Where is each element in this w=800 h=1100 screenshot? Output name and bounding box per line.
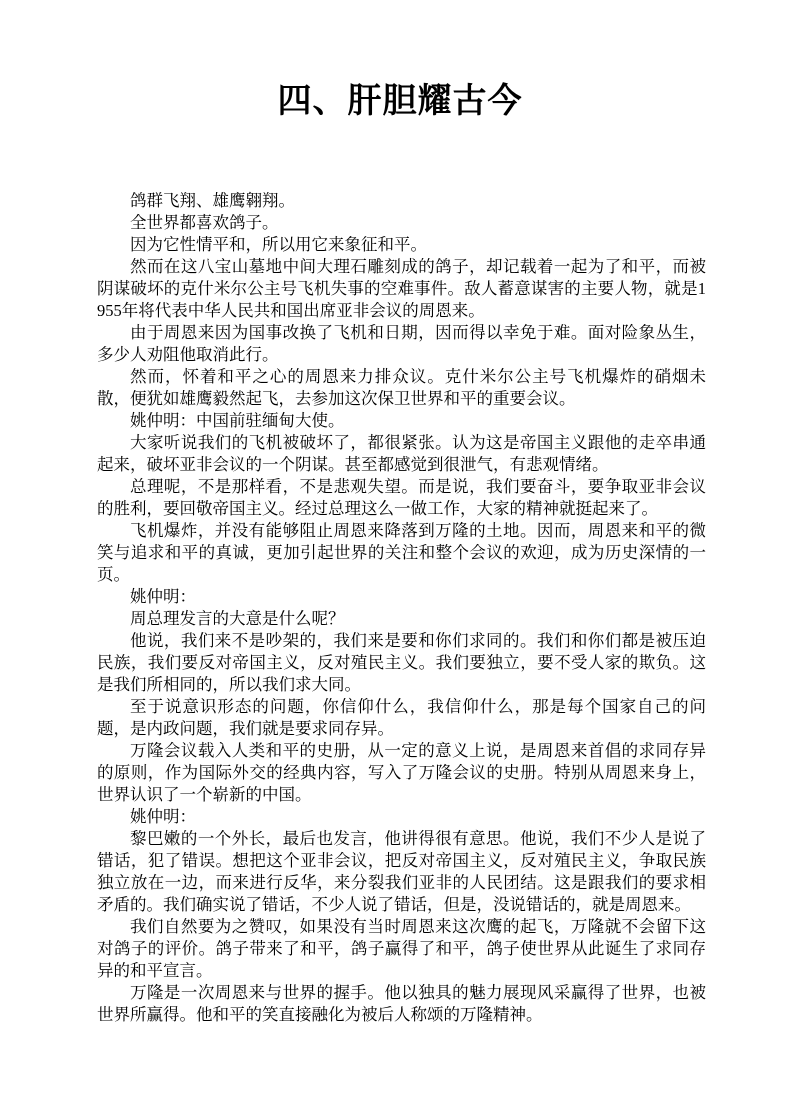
paragraph: 大家听说我们的飞机被破坏了，都很紧张。认为这是帝国主义跟他的走卒串通起来，破坏亚…	[97, 432, 706, 476]
paragraph: 由于周恩来因为国事改换了飞机和日期，因而得以幸免于难。面对险象丛生，多少人劝阻他…	[97, 322, 706, 366]
paragraph: 因为它性情平和，所以用它来象征和平。	[97, 234, 706, 256]
paragraph: 总理呢，不是那样看，不是悲观失望。而是说，我们要奋斗，要争取亚非会议的胜利，要回…	[97, 476, 706, 520]
paragraph: 周总理发言的大意是什么呢？	[97, 608, 706, 630]
paragraph: 我们自然要为之赞叹，如果没有当时周恩来这次鹰的起飞，万隆就不会留下这对鸽子的评价…	[97, 916, 706, 982]
paragraph: 鸽群飞翔、雄鹰翱翔。	[97, 190, 706, 212]
document-page: 四、肝胆耀古今 鸽群飞翔、雄鹰翱翔。全世界都喜欢鸽子。因为它性情平和，所以用它来…	[0, 0, 800, 1100]
paragraph: 姚仲明：	[97, 586, 706, 608]
paragraph: 然而，怀着和平之心的周恩来力排众议。克什米尔公主号飞机爆炸的硝烟未散，便犹如雄鹰…	[97, 366, 706, 410]
document-title: 四、肝胆耀古今	[0, 0, 800, 120]
paragraph: 飞机爆炸，并没有能够阻止周恩来降落到万隆的土地。因而，周恩来和平的微笑与追求和平…	[97, 520, 706, 586]
paragraph: 全世界都喜欢鸽子。	[97, 212, 706, 234]
paragraph: 万隆会议载入人类和平的史册，从一定的意义上说，是周恩来首倡的求同存异的原则，作为…	[97, 740, 706, 806]
document-body: 鸽群飞翔、雄鹰翱翔。全世界都喜欢鸽子。因为它性情平和，所以用它来象征和平。然而在…	[0, 190, 800, 1026]
paragraph: 黎巴嫩的一个外长，最后也发言，他讲得很有意思。他说，我们不少人是说了错话，犯了错…	[97, 828, 706, 916]
paragraph: 他说，我们来不是吵架的，我们来是要和你们求同的。我们和你们都是被压迫民族，我们要…	[97, 630, 706, 696]
paragraph: 万隆是一次周恩来与世界的握手。他以独具的魅力展现风采赢得了世界，也被世界所赢得。…	[97, 982, 706, 1026]
paragraph: 姚仲明：	[97, 806, 706, 828]
paragraph: 姚仲明：中国前驻缅甸大使。	[97, 410, 706, 432]
paragraph: 至于说意识形态的问题，你信仰什么，我信仰什么，那是每个国家自己的问题，是内政问题…	[97, 696, 706, 740]
paragraph: 然而在这八宝山墓地中间大理石雕刻成的鸽子，却记载着一起为了和平，而被阴谋破坏的克…	[97, 256, 706, 322]
